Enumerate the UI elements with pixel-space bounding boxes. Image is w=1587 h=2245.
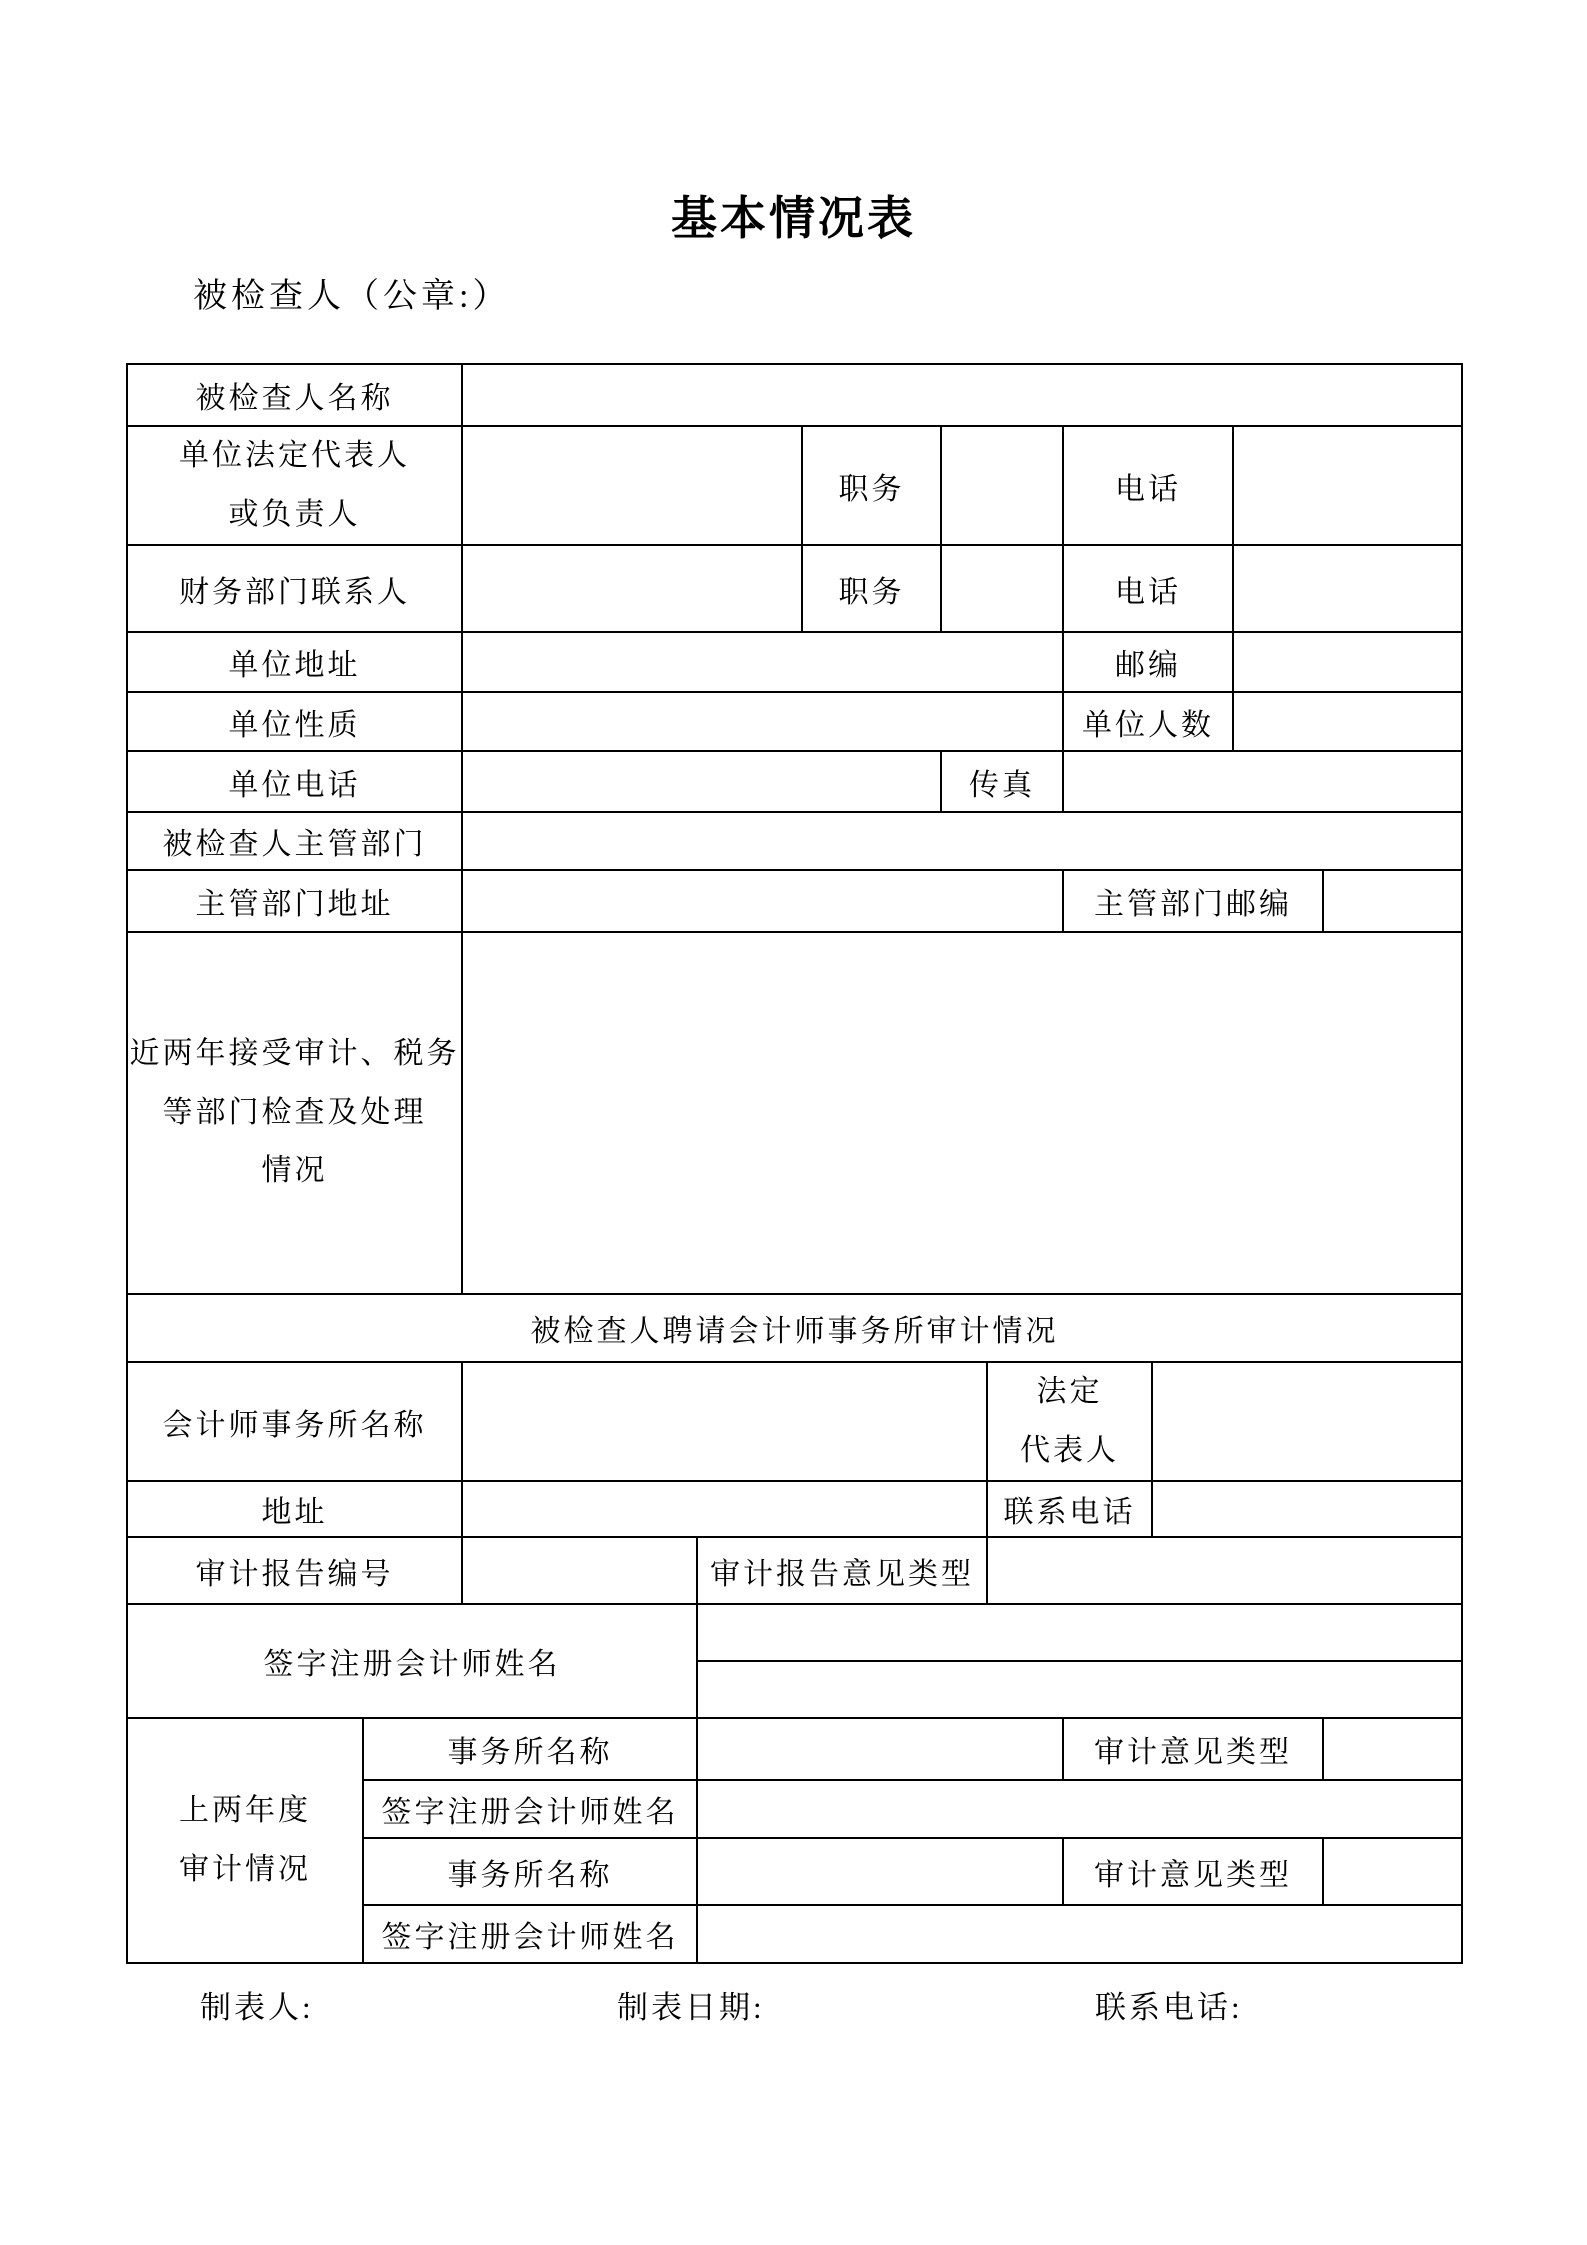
legal-rep-position-label: 职务 bbox=[802, 426, 941, 545]
prior-opinion-label-1: 审计意见类型 bbox=[1063, 1718, 1323, 1780]
supervisor-addr-value bbox=[462, 870, 1063, 932]
postcode-value bbox=[1233, 632, 1462, 692]
fax-label: 传真 bbox=[941, 751, 1063, 812]
report-no-label: 审计报告编号 bbox=[127, 1537, 462, 1604]
audit-section-header: 被检查人聘请会计师事务所审计情况 bbox=[127, 1294, 1462, 1362]
signing-cpa-value-1 bbox=[697, 1604, 1462, 1661]
unit-phone-label: 单位电话 bbox=[127, 751, 462, 812]
page-title: 基本情况表 bbox=[0, 182, 1587, 248]
inspected-name-label: 被检查人名称 bbox=[127, 364, 462, 426]
prior-cpa-label-1: 签字注册会计师姓名 bbox=[363, 1780, 697, 1838]
inspected-name-value bbox=[462, 364, 1462, 426]
basic-info-table: 被检查人名称 单位法定代表人 或负责人 职务 电话 财务部门联系人 职务 电话 … bbox=[126, 363, 1463, 1964]
prior-firm-value-2 bbox=[697, 1838, 1063, 1905]
prior-firm-value-1 bbox=[697, 1718, 1063, 1780]
firm-name-label: 会计师事务所名称 bbox=[127, 1362, 462, 1481]
prior-opinion-value-2 bbox=[1323, 1838, 1462, 1905]
legal-rep-phone-label: 电话 bbox=[1063, 426, 1233, 545]
footer-preparer-label: 制表人: bbox=[200, 1982, 314, 2027]
supervisor-dept-value bbox=[462, 812, 1462, 870]
report-opinion-label: 审计报告意见类型 bbox=[697, 1537, 987, 1604]
unit-address-label: 单位地址 bbox=[127, 632, 462, 692]
headcount-label: 单位人数 bbox=[1063, 692, 1233, 751]
footer-date-label: 制表日期: bbox=[617, 1982, 765, 2027]
firm-legal-rep-label: 法定 代表人 bbox=[987, 1362, 1152, 1481]
legal-rep-label: 单位法定代表人 或负责人 bbox=[127, 426, 462, 545]
prior-opinion-value-1 bbox=[1323, 1718, 1462, 1780]
recent-inspections-label: 近两年接受审计、税务 等部门检查及处理 情况 bbox=[127, 932, 462, 1294]
unit-address-value bbox=[462, 632, 1063, 692]
recent-inspections-value bbox=[462, 932, 1462, 1294]
unit-nature-value bbox=[462, 692, 1063, 751]
firm-address-label: 地址 bbox=[127, 1481, 462, 1537]
firm-phone-value bbox=[1152, 1481, 1462, 1537]
prior-cpa-value-1 bbox=[697, 1780, 1462, 1838]
finance-position-label: 职务 bbox=[802, 545, 941, 632]
legal-rep-value bbox=[462, 426, 802, 545]
firm-phone-label: 联系电话 bbox=[987, 1481, 1152, 1537]
finance-contact-value bbox=[462, 545, 802, 632]
supervisor-dept-label: 被检查人主管部门 bbox=[127, 812, 462, 870]
supervisor-postcode-label: 主管部门邮编 bbox=[1063, 870, 1323, 932]
prior-cpa-label-2: 签字注册会计师姓名 bbox=[363, 1905, 697, 1963]
report-opinion-value bbox=[987, 1537, 1462, 1604]
prior-firm-label-1: 事务所名称 bbox=[363, 1718, 697, 1780]
legal-rep-phone-value bbox=[1233, 426, 1462, 545]
legal-rep-position-value bbox=[941, 426, 1063, 545]
footer-phone-label: 联系电话: bbox=[1095, 1982, 1243, 2027]
supervisor-addr-label: 主管部门地址 bbox=[127, 870, 462, 932]
report-no-value bbox=[462, 1537, 697, 1604]
prior-firm-label-2: 事务所名称 bbox=[363, 1838, 697, 1905]
finance-contact-label: 财务部门联系人 bbox=[127, 545, 462, 632]
prior-years-label: 上两年度 审计情况 bbox=[127, 1718, 363, 1963]
postcode-label: 邮编 bbox=[1063, 632, 1233, 692]
unit-phone-value bbox=[462, 751, 941, 812]
fax-value bbox=[1063, 751, 1462, 812]
firm-address-value bbox=[462, 1481, 987, 1537]
signing-cpa-label: 签字注册会计师姓名 bbox=[127, 1604, 697, 1718]
signing-cpa-value-2 bbox=[697, 1661, 1462, 1718]
firm-legal-rep-value bbox=[1152, 1362, 1462, 1481]
finance-position-value bbox=[941, 545, 1063, 632]
unit-nature-label: 单位性质 bbox=[127, 692, 462, 751]
prior-opinion-label-2: 审计意见类型 bbox=[1063, 1838, 1323, 1905]
headcount-value bbox=[1233, 692, 1462, 751]
footer: 制表人: 制表日期: 联系电话: bbox=[0, 1982, 1587, 2022]
supervisor-postcode-value bbox=[1323, 870, 1462, 932]
firm-name-value bbox=[462, 1362, 987, 1481]
finance-phone-value bbox=[1233, 545, 1462, 632]
prior-cpa-value-2 bbox=[697, 1905, 1462, 1963]
inspected-party-stamp-line: 被检查人（公章:） bbox=[193, 268, 510, 317]
finance-phone-label: 电话 bbox=[1063, 545, 1233, 632]
